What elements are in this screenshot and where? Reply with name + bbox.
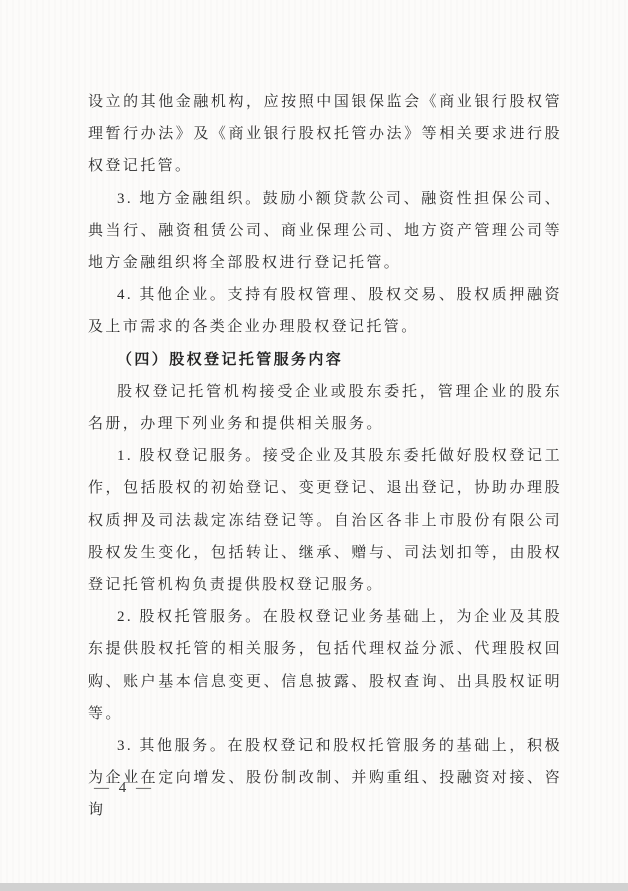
paragraph-item-4-other-enterprises: 4. 其他企业。支持有股权管理、股权交易、股权质押融资及上市需求的各类企业办理股…: [88, 279, 562, 343]
scanned-document-page: 设立的其他金融机构，应按照中国银保监会《商业银行股权管理暂行办法》及《商业银行股…: [0, 0, 628, 891]
scan-edge-strip: [0, 883, 628, 891]
paragraph-item-2-equity-custody-service: 2. 股权托管服务。在股权登记业务基础上，为企业及其股东提供股权托管的相关服务，…: [88, 601, 562, 730]
paragraph-custody-institution-intro: 股权登记托管机构接受企业或股东委托，管理企业的股东名册，办理下列业务和提供相关服…: [88, 376, 562, 440]
document-body: 设立的其他金融机构，应按照中国银保监会《商业银行股权管理暂行办法》及《商业银行股…: [88, 86, 562, 827]
paragraph-item-1-equity-registration-service: 1. 股权登记服务。接受企业及其股东委托做好股权登记工作，包括股权的初始登记、变…: [88, 440, 562, 601]
section-heading-equity-registration-custody-services: （四）股权登记托管服务内容: [88, 344, 562, 376]
page-number: — 4 —: [94, 780, 154, 797]
paragraph-item-3-local-financial-organizations: 3. 地方金融组织。鼓励小额贷款公司、融资性担保公司、典当行、融资租赁公司、商业…: [88, 183, 562, 280]
paragraph-item-3-other-services: 3. 其他服务。在股权登记和股权托管服务的基础上，积极为企业在定向增发、股份制改…: [88, 730, 562, 827]
paragraph-continuation-other-financial-institutions: 设立的其他金融机构，应按照中国银保监会《商业银行股权管理暂行办法》及《商业银行股…: [88, 86, 562, 183]
